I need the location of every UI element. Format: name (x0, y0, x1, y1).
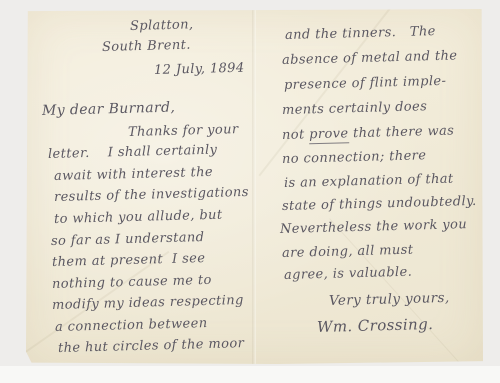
body-line: results of the investigations (54, 185, 249, 205)
body-line: agree, is valuable. (284, 265, 413, 283)
letter-photo: Splatton, South Brent. 12 July, 1894 My … (0, 0, 500, 383)
body-line: to which you allude, but (54, 208, 223, 227)
body-line: state of things undoubtedly. (282, 194, 477, 214)
body-line: the hut circles of the moor (58, 336, 245, 356)
body-line: a connection between (55, 316, 208, 335)
photo-floor (0, 366, 500, 383)
body-line: letter. I shall certainly (48, 143, 218, 162)
signature: Wm. Crossing. (317, 315, 434, 336)
body-line: nothing to cause me to (52, 273, 212, 292)
address-line-1: Splatton, (130, 17, 194, 34)
body-line-with-underline: not prove that there was (282, 123, 455, 143)
underline-pre-text: not (282, 127, 310, 143)
body-line: presence of flint imple- (284, 74, 447, 93)
body-line: and the tinners. The (285, 24, 436, 43)
body-line: ments certainly does (282, 99, 428, 118)
underlined-word: prove (309, 126, 349, 144)
body-line: await with interest the (54, 165, 213, 184)
date-line: 12 July, 1894 (154, 61, 245, 78)
body-line: are doing, all must (282, 243, 414, 261)
closing-line: Very truly yours, (329, 290, 450, 309)
letter-paper: Splatton, South Brent. 12 July, 1894 My … (26, 9, 483, 364)
salutation: My dear Burnard, (42, 100, 176, 119)
body-line: them at present I see (52, 251, 206, 270)
body-line: is an explanation of that (284, 172, 454, 191)
body-line: modify my ideas respecting (52, 293, 244, 313)
body-line: Thanks for your (128, 122, 239, 140)
underline-post-text: that there was (348, 123, 454, 141)
body-line: absence of metal and the (282, 48, 458, 68)
body-line: so far as I understand (51, 230, 205, 249)
center-fold-line (252, 9, 256, 364)
address-line-2: South Brent. (102, 38, 191, 55)
body-line: no connection; there (282, 148, 427, 167)
body-line: Nevertheless the work you (280, 217, 467, 237)
